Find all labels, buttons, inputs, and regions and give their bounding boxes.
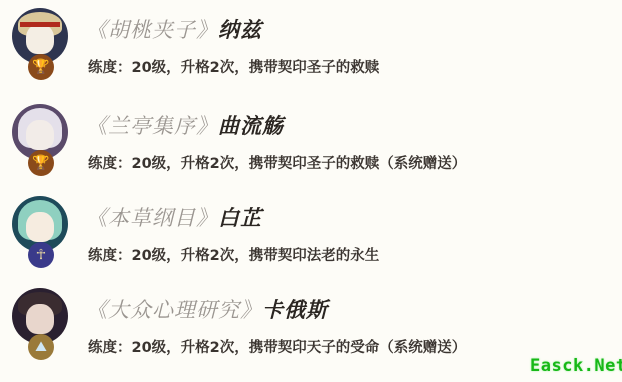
character-title: 《兰亭集序》曲流觞 [86, 110, 284, 140]
character-entry: ⛰ 《大众心理研究》卡俄斯 练度：20级，升格2次，携带契印天子的受命（系统赠送… [0, 280, 622, 372]
character-name: 白芷 [218, 206, 262, 230]
character-entry: ☥ 《本草纲目》白芷 练度：20级，升格2次，携带契印法老的永生 [0, 188, 622, 280]
character-entry: 🏆 《胡桃夹子》纳兹 练度：20级，升格2次，携带契印圣子的救赎 [0, 0, 622, 92]
book-name: 《胡桃夹子》 [86, 18, 218, 42]
book-name: 《大众心理研究》 [86, 298, 262, 322]
character-name: 曲流觞 [218, 114, 284, 138]
character-desc: 练度：20级，升格2次，携带契印圣子的救赎（系统赠送） [88, 152, 466, 173]
chalice-icon: 🏆 [28, 54, 54, 80]
book-name: 《兰亭集序》 [86, 114, 218, 138]
character-desc: 练度：20级，升格2次，携带契印圣子的救赎 [88, 56, 379, 77]
character-desc: 练度：20级，升格2次，携带契印法老的永生 [88, 244, 379, 265]
character-desc: 练度：20级，升格2次，携带契印天子的受命（系统赠送） [88, 336, 466, 357]
character-name: 纳兹 [218, 18, 262, 42]
character-name: 卡俄斯 [262, 298, 328, 322]
chalice-icon: 🏆 [28, 150, 54, 176]
character-title: 《大众心理研究》卡俄斯 [86, 294, 328, 324]
book-name: 《本草纲目》 [86, 206, 218, 230]
character-title: 《胡桃夹子》纳兹 [86, 14, 262, 44]
character-title: 《本草纲目》白芷 [86, 202, 262, 232]
character-entry: 🏆 《兰亭集序》曲流觞 练度：20级，升格2次，携带契印圣子的救赎（系统赠送） [0, 96, 622, 188]
watermark: Easck.Net [530, 356, 622, 376]
scroll-icon: ⛰ [28, 334, 54, 360]
ankh-icon: ☥ [28, 242, 54, 268]
